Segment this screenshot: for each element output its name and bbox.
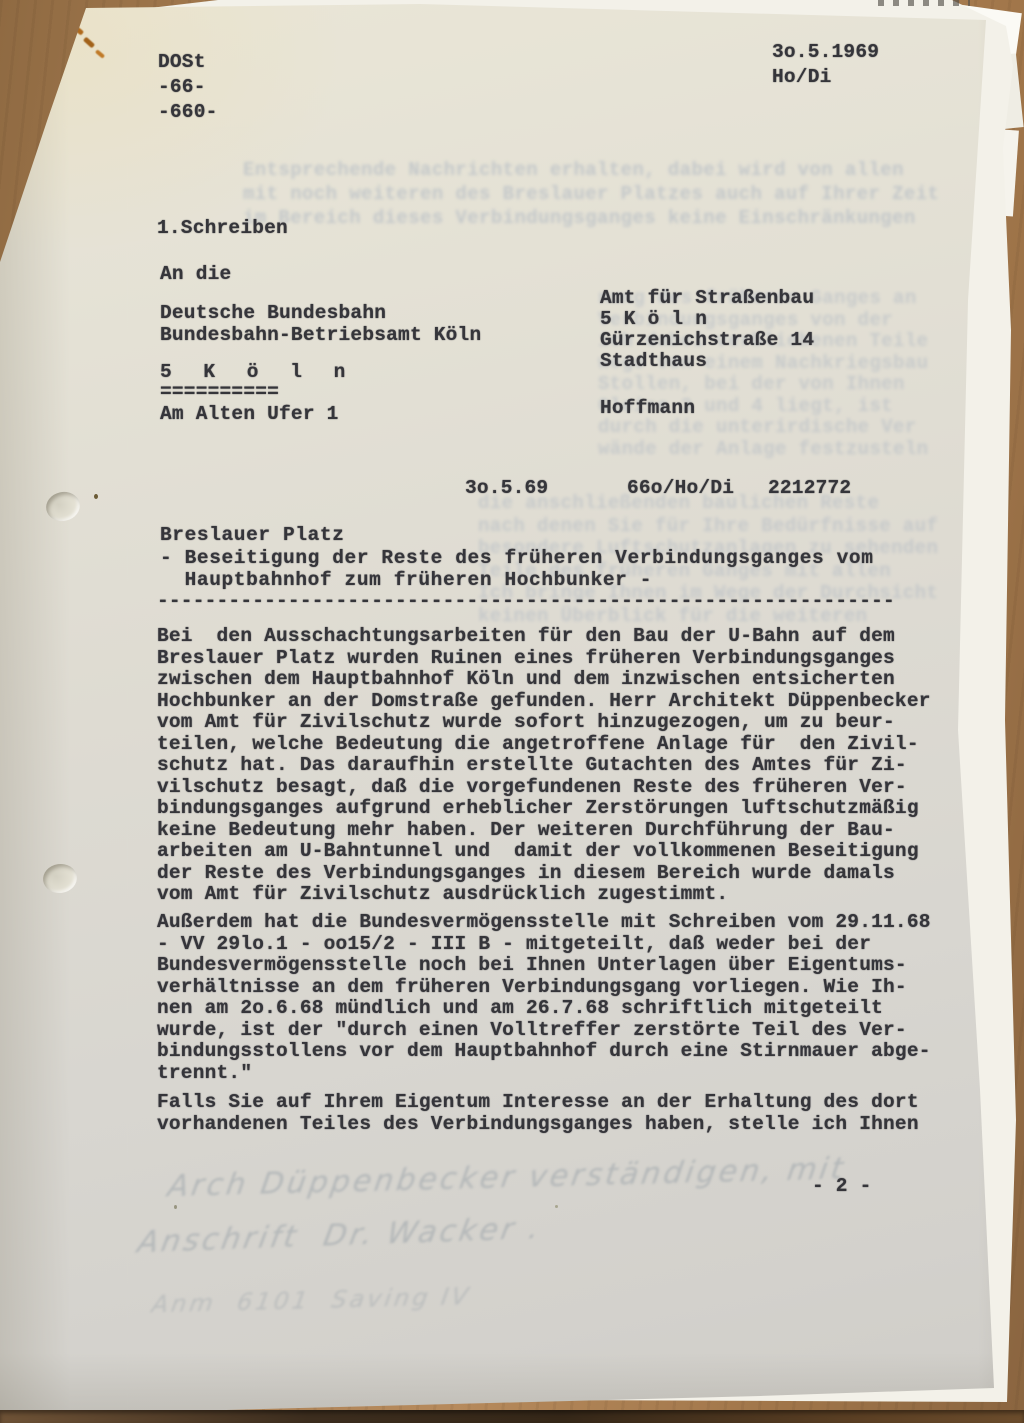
reference-file: 66o/Ho/Di xyxy=(627,478,734,500)
sender-signer: Hoffmann xyxy=(600,398,695,420)
cutoff-print-marks xyxy=(878,0,970,6)
rust-stain xyxy=(83,37,95,49)
subject-line: Breslauer Platz - Beseitigung der Reste … xyxy=(160,524,874,592)
document-label: 1.Schreiben xyxy=(157,218,288,240)
recipient-name: Deutsche Bundesbahn Bundesbahn-Betriebsa… xyxy=(160,302,481,346)
desk-edge-strip xyxy=(0,1410,1024,1423)
sender-address: Amt für Straßenbau 5 K ö l n Gürzenichst… xyxy=(600,288,814,372)
punch-hole xyxy=(43,489,82,524)
letter-date-and-initials: 3o.5.1969 Ho/Di xyxy=(772,40,879,90)
reference-number: 2212772 xyxy=(768,478,851,500)
handwritten-annotation: Arch Düppenbecker verständigen, mit xyxy=(165,1151,848,1204)
letter-page: Entsprechende Nachrichten erhalten, dabe… xyxy=(0,0,1024,1423)
body-paragraph-1: Bei den Ausschachtungsarbeiten für den B… xyxy=(157,626,931,906)
paper-speck xyxy=(555,1205,558,1208)
scanned-letter-photo: Entsprechende Nachrichten erhalten, dabe… xyxy=(0,0,1024,1423)
body-paragraph-2: Außerdem hat die Bundesvermögensstelle m… xyxy=(157,912,931,1084)
letter-date: 3o.5.1969 xyxy=(772,41,879,63)
punch-hole xyxy=(41,862,79,895)
bleedthrough-text: Entsprechende Nachrichten erhalten, dabe… xyxy=(243,158,939,230)
paper-speck xyxy=(94,494,98,499)
rust-stain xyxy=(95,49,105,58)
handwritten-annotation: Anm 6101 Saving IV xyxy=(150,1282,473,1318)
office-code: DOSt -66- -660- xyxy=(158,50,218,125)
reference-date: 3o.5.69 xyxy=(465,478,548,500)
recipient-city-underline: ========== xyxy=(160,382,279,404)
subject-rule: ----------------------------------------… xyxy=(157,591,895,613)
body-paragraph-3: Falls Sie auf Ihrem Eigentum Interesse a… xyxy=(157,1092,919,1135)
recipient-salutation: An die xyxy=(160,264,231,286)
handwritten-annotation: Anschrift Dr. Wacker . xyxy=(135,1211,545,1260)
paper-speck xyxy=(174,1205,177,1209)
typist-initials: Ho/Di xyxy=(772,66,832,88)
recipient-street: Am Alten Ufer 1 xyxy=(160,404,339,426)
